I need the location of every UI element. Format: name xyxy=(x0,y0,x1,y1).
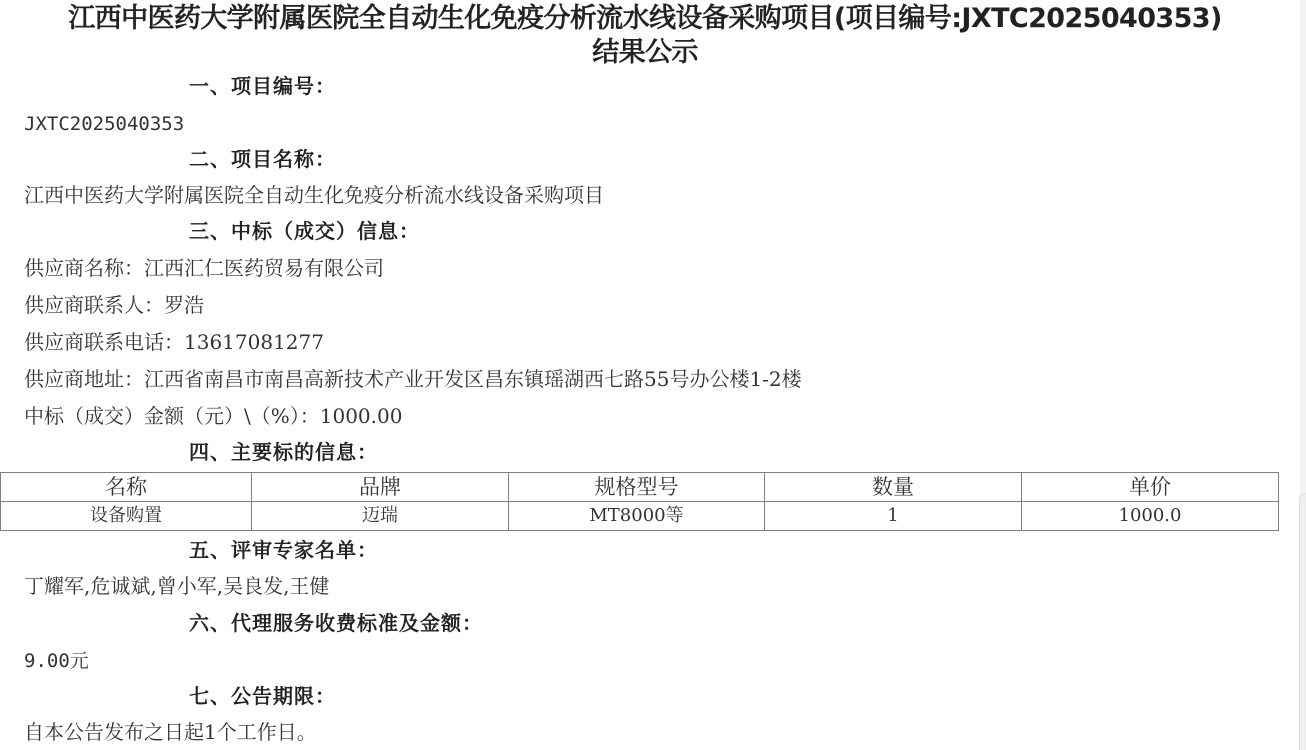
column-header-brand: 品牌 xyxy=(252,473,509,502)
title-line-2: 结果公示 xyxy=(0,36,1290,70)
table-row: 设备购置 迈瑞 MT8000等 1 1000.0 xyxy=(1,502,1279,531)
section-heading-project-number: 一、项目编号： xyxy=(189,73,336,99)
column-header-model: 规格型号 xyxy=(509,473,765,502)
notice-period-value: 自本公告发布之日起1个工作日。 xyxy=(24,719,317,745)
section-heading-experts: 五、评审专家名单： xyxy=(189,537,378,563)
supplier-address: 供应商地址：江西省南昌市南昌高新技术产业开发区昌东镇瑶湖西七路55号办公楼1-2… xyxy=(24,366,802,392)
announcement-page: 江西中医药大学附属医院全自动生化免疫分析流水线设备采购项目(项目编号:JXTC2… xyxy=(0,0,1300,750)
page-title: 江西中医药大学附属医院全自动生化免疫分析流水线设备采购项目(项目编号:JXTC2… xyxy=(0,2,1290,70)
side-floating-panel[interactable] xyxy=(1299,493,1306,750)
cell-unit-price: 1000.0 xyxy=(1022,502,1279,531)
section-heading-main-items: 四、主要标的信息： xyxy=(189,439,378,465)
section-heading-project-name: 二、项目名称： xyxy=(189,146,336,172)
section-heading-notice-period: 七、公告期限： xyxy=(189,683,336,709)
experts-list: 丁耀军,危诚斌,曾小军,吴良发,王健 xyxy=(24,573,329,599)
title-line-1: 江西中医药大学附属医院全自动生化免疫分析流水线设备采购项目(项目编号:JXTC2… xyxy=(0,2,1290,36)
project-number-value: JXTC2025040353 xyxy=(24,111,184,137)
supplier-name: 供应商名称：江西汇仁医药贸易有限公司 xyxy=(24,255,384,281)
cell-quantity: 1 xyxy=(765,502,1022,531)
supplier-phone: 供应商联系电话：13617081277 xyxy=(24,329,324,355)
column-header-quantity: 数量 xyxy=(765,473,1022,502)
column-header-name: 名称 xyxy=(1,473,252,502)
award-amount: 中标（成交）金额（元）\（%）：1000.00 xyxy=(24,403,402,429)
cell-name: 设备购置 xyxy=(1,502,252,531)
section-heading-agency-fee: 六、代理服务收费标准及金额： xyxy=(189,610,483,636)
table-header-row: 名称 品牌 规格型号 数量 单价 xyxy=(1,473,1279,502)
column-header-unit-price: 单价 xyxy=(1022,473,1279,502)
project-name-value: 江西中医药大学附属医院全自动生化免疫分析流水线设备采购项目 xyxy=(24,182,604,208)
section-heading-award-info: 三、中标（成交）信息： xyxy=(189,218,420,244)
cell-model: MT8000等 xyxy=(509,502,765,531)
main-items-table: 名称 品牌 规格型号 数量 单价 设备购置 迈瑞 MT8000等 1 1000.… xyxy=(0,472,1279,531)
cell-brand: 迈瑞 xyxy=(252,502,509,531)
supplier-contact: 供应商联系人：罗浩 xyxy=(24,292,204,318)
agency-fee-value: 9.00元 xyxy=(24,648,89,674)
